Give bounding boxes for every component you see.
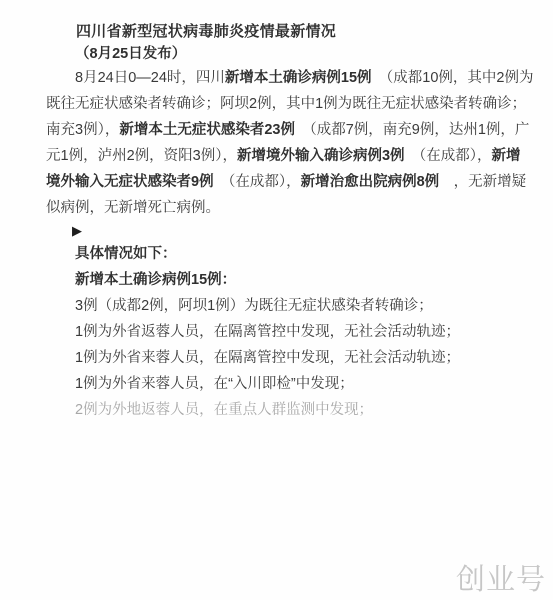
- case-line: 3例（成都2例，阿坝1例）为既往无症状感染者转确诊；: [46, 293, 535, 319]
- subsection-heading: 新增本土确诊病例15例：: [46, 267, 535, 293]
- case-line: 1例为外省来蓉人员，在隔离管控中发现，无社会活动轨迹；: [46, 345, 535, 371]
- summary-stat-bold: 新增本土确诊病例15例: [225, 70, 372, 86]
- publish-date: （8月25日发布）: [46, 43, 535, 65]
- play-icon[interactable]: ▶: [72, 223, 82, 238]
- summary-text: （在成都），: [405, 148, 492, 164]
- summary-stat-bold: 新增治愈出院病例8例: [301, 174, 440, 190]
- summary-stat-bold: 新增本土无症状感染者23例: [119, 122, 295, 138]
- article-page: { "page": { "background": "#fefefe", "te…: [0, 0, 553, 600]
- watermark: 创业号: [456, 566, 546, 595]
- case-line-faded: 2例为外地返蓉人员，在重点人群监测中发现；: [46, 397, 535, 423]
- section-heading: 具体情况如下：: [46, 241, 535, 267]
- summary-paragraph: 8月24日0—24时，四川新增本土确诊病例15例 （成都10例，其中2例为既往无…: [46, 65, 535, 221]
- case-line: 1例为外省返蓉人员，在隔离管控中发现，无社会活动轨迹；: [46, 319, 535, 345]
- case-line: 1例为外省来蓉人员，在“入川即检”中发现；: [46, 371, 535, 397]
- summary-stat-bold: 新增境外输入确诊病例3例: [237, 148, 405, 164]
- article-body: 四川省新型冠状病毒肺炎疫情最新情况 （8月25日发布） 8月24日0—24时，四…: [0, 0, 553, 423]
- video-placeholder-line: ▶: [46, 221, 535, 241]
- summary-text: （在成都），: [214, 174, 301, 190]
- summary-text: 8月24日0—24时，四川: [75, 70, 225, 86]
- article-title: 四川省新型冠状病毒肺炎疫情最新情况: [46, 21, 535, 43]
